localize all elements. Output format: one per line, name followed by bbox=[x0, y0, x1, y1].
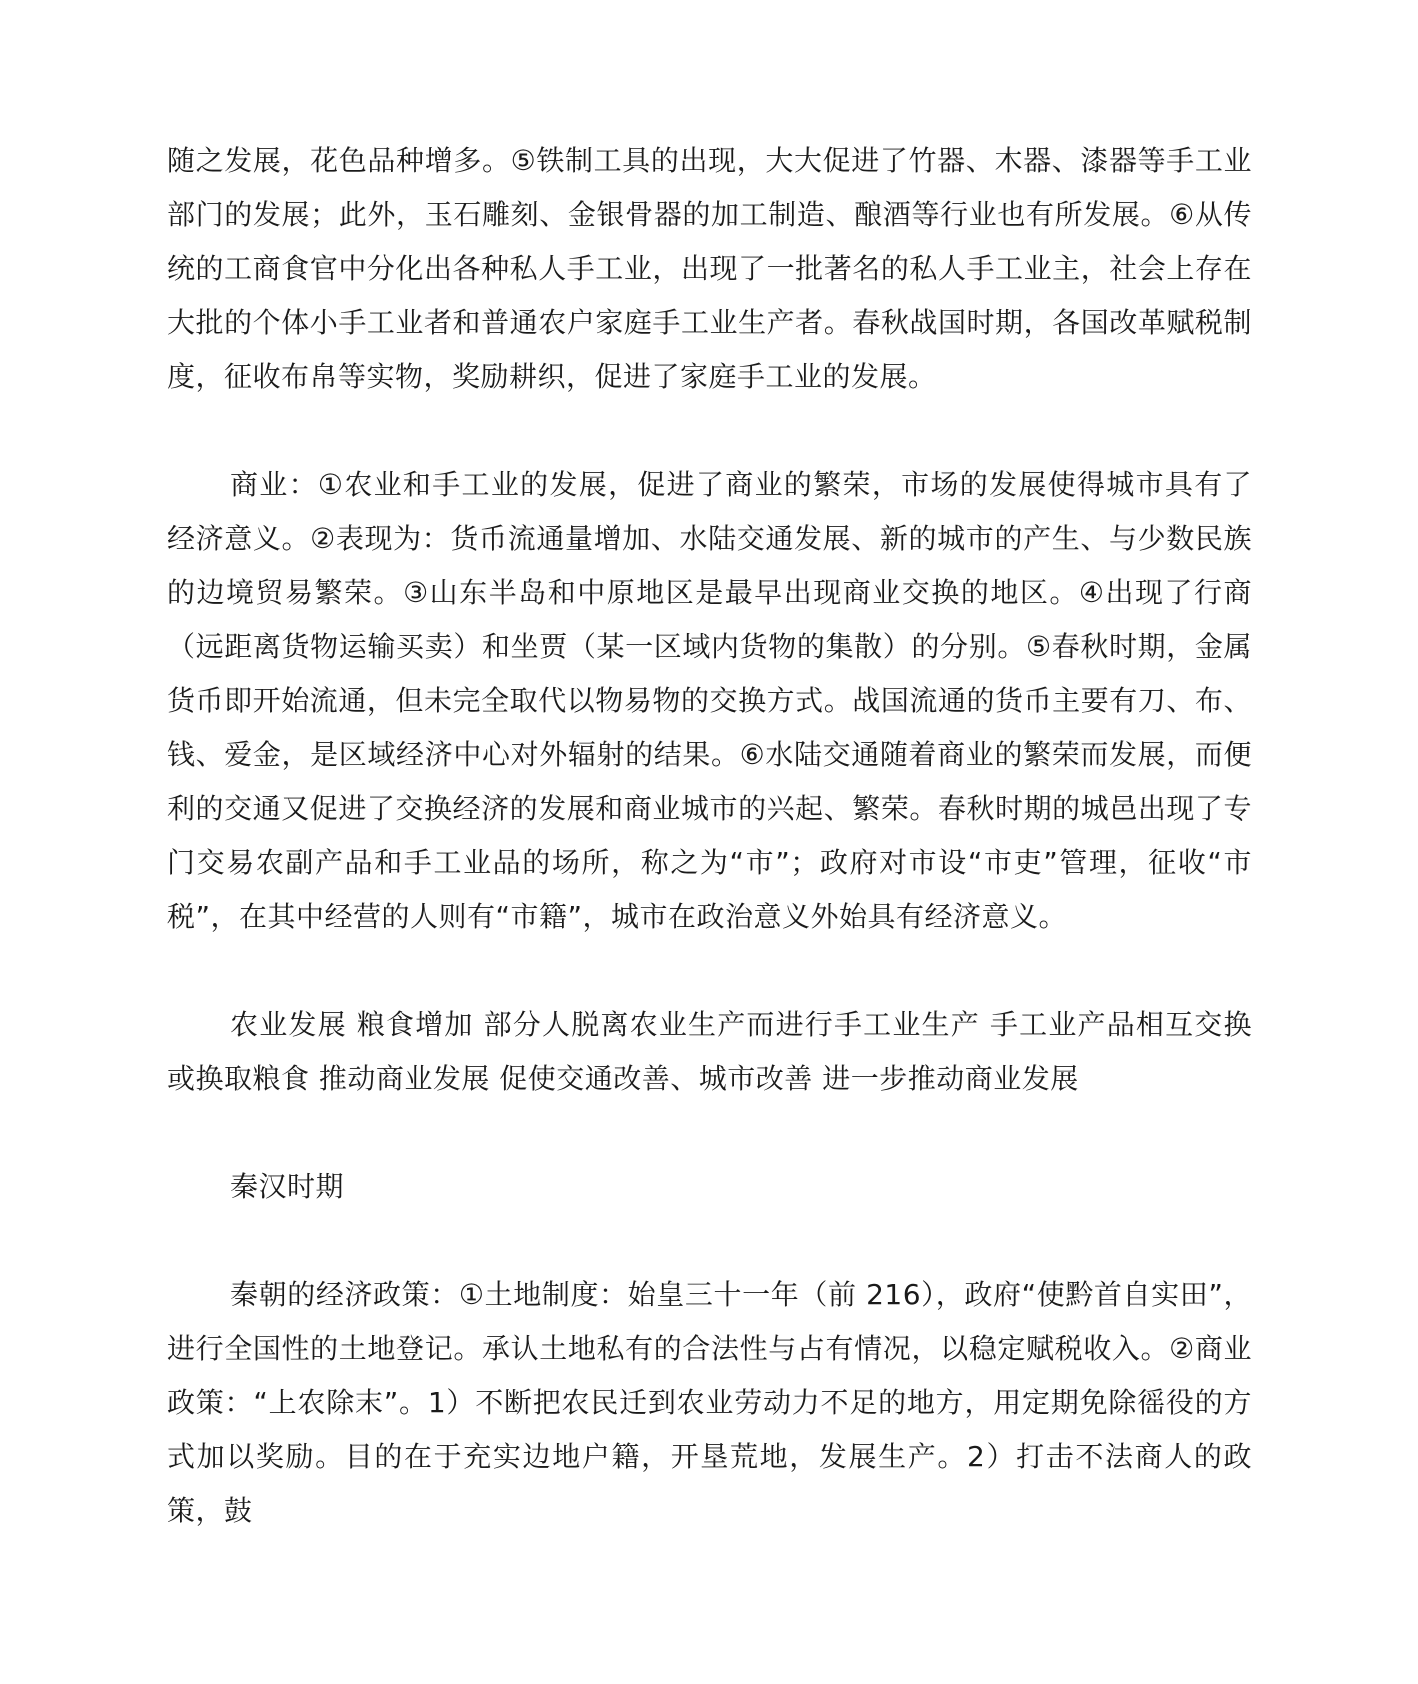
paragraph-qin-economic-policy: 秦朝的经济政策：①土地制度：始皇三十一年（前 216），政府“使黔首自实田”，进… bbox=[167, 1268, 1252, 1538]
paragraph-handicraft-continuation: 随之发展，花色品种增多。⑤铁制工具的出现，大大促进了竹器、木器、漆器等手工业部门… bbox=[167, 134, 1252, 404]
paragraph-agriculture-chain: 农业发展 粮食增加 部分人脱离农业生产而进行手工业生产 手工业产品相互交换或换取… bbox=[167, 998, 1252, 1106]
heading-qin-han-period: 秦汉时期 bbox=[167, 1160, 1252, 1214]
document-page: 随之发展，花色品种增多。⑤铁制工具的出现，大大促进了竹器、木器、漆器等手工业部门… bbox=[0, 0, 1418, 1684]
paragraph-commerce: 商业：①农业和手工业的发展，促进了商业的繁荣，市场的发展使得城市具有了经济意义。… bbox=[167, 458, 1252, 944]
